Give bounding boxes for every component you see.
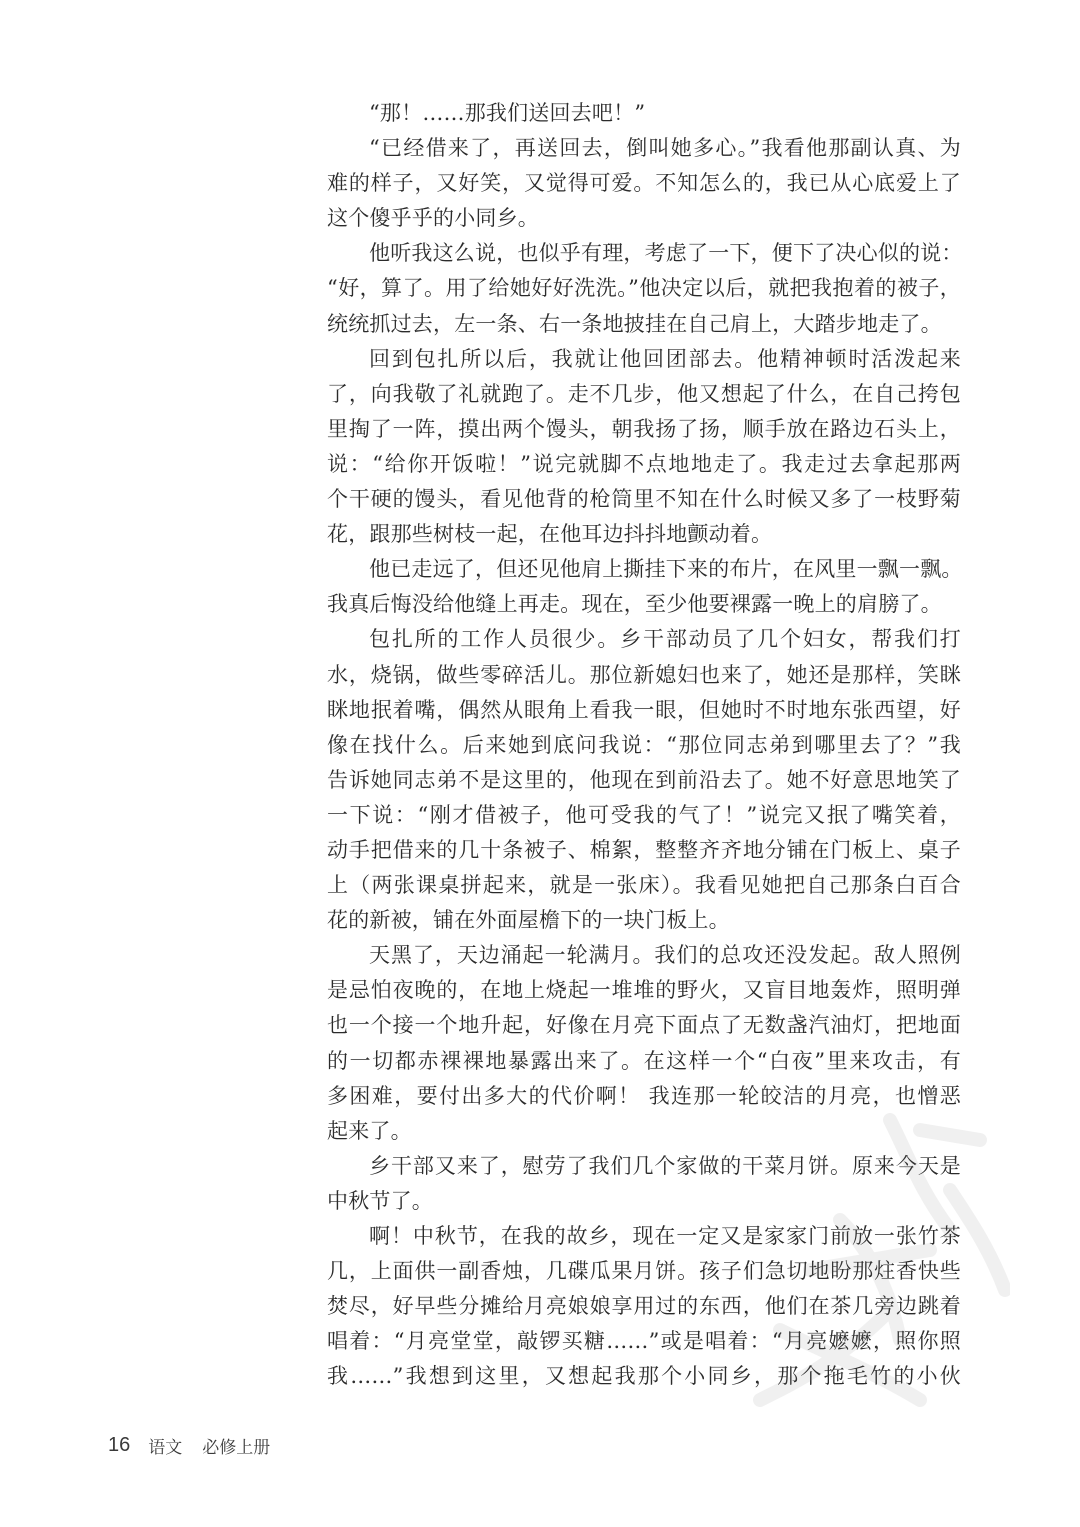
- text-line: 中秋节了。: [327, 1184, 961, 1219]
- text-line: 唱着：“月亮堂堂，敲锣买糖……”或是唱着：“月亮嬷嬷，照你照: [327, 1324, 961, 1359]
- text-line: 动手把借来的几十条被子、棉絮，整整齐齐地分铺在门板上、桌子: [327, 833, 961, 868]
- paragraph: “已经借来了，再送回去，倒叫她多心。”我看他那副认真、为 难的样子，又好笑，又觉…: [327, 131, 961, 236]
- text-line: 我……”我想到这里，又想起我那个小同乡，那个拖毛竹的小伙: [327, 1359, 961, 1394]
- text-line: 水，烧锅，做些零碎活儿。那位新媳妇也来了，她还是那样，笑眯: [327, 658, 961, 693]
- text-line: 像在找什么。后来她到底问我说：“那位同志弟到哪里去了？”我: [327, 728, 961, 763]
- text-line: 回到包扎所以后，我就让他回团部去。他精神顿时活泼起来: [327, 342, 961, 377]
- text-line: “已经借来了，再送回去，倒叫她多心。”我看他那副认真、为: [327, 131, 961, 166]
- paragraph: 乡干部又来了，慰劳了我们几个家做的干菜月饼。原来今天是 中秋节了。: [327, 1149, 961, 1219]
- text-line: 多困难，要付出多大的代价啊！ 我连那一轮皎洁的月亮，也憎恶: [327, 1079, 961, 1114]
- text-line: 是忌怕夜晚的，在地上烧起一堆堆的野火，又盲目地轰炸，照明弹: [327, 973, 961, 1008]
- paragraph: 啊！中秋节，在我的故乡，现在一定又是家家门前放一张竹茶 几，上面供一副香烛，几碟…: [327, 1219, 961, 1394]
- text-line: 天黑了，天边涌起一轮满月。我们的总攻还没发起。敌人照例: [327, 938, 961, 973]
- text-line: 我真后悔没给他缝上再走。现在，至少他要裸露一晚上的肩膀了。: [327, 587, 961, 622]
- text-line: 的一切都赤裸裸地暴露出来了。在这样一个“白夜”里来攻击，有: [327, 1044, 961, 1079]
- text-line: 焚尽，好早些分摊给月亮娘娘享用过的东西，他们在茶几旁边跳着: [327, 1289, 961, 1324]
- text-line: “好，算了。用了给她好好洗洗。”他决定以后，就把我抱着的被子，: [327, 271, 961, 306]
- text-line: 了，向我敬了礼就跑了。走不几步，他又想起了什么，在自己挎包: [327, 377, 961, 412]
- paragraph: “那！……那我们送回去吧！”: [327, 96, 961, 131]
- paragraph: 包扎所的工作人员很少。乡干部动员了几个妇女，帮我们打 水，烧锅，做些零碎活儿。那…: [327, 622, 961, 938]
- paragraph: 天黑了，天边涌起一轮满月。我们的总攻还没发起。敌人照例 是忌怕夜晚的，在地上烧起…: [327, 938, 961, 1149]
- text-line: 包扎所的工作人员很少。乡干部动员了几个妇女，帮我们打: [327, 622, 961, 657]
- text-line: 这个傻乎乎的小同乡。: [327, 201, 961, 236]
- text-line: “那！……那我们送回去吧！”: [327, 96, 961, 131]
- text-line: 眯地抿着嘴，偶然从眼角上看我一眼，但她时不时地东张西望，好: [327, 693, 961, 728]
- text-line: 统统抓过去，左一条、右一条地披挂在自己肩上，大踏步地走了。: [327, 307, 961, 342]
- book-volume: 必修上册: [202, 1433, 270, 1458]
- paragraph: 回到包扎所以后，我就让他回团部去。他精神顿时活泼起来 了，向我敬了礼就跑了。走不…: [327, 342, 961, 553]
- book-subject: 语文: [148, 1433, 182, 1458]
- text-line: 说：“给你开饭啦！”说完就脚不点地地走了。我走过去拿起那两: [327, 447, 961, 482]
- text-line: 他听我这么说，也似乎有理，考虑了一下，便下了决心似的说：: [327, 236, 961, 271]
- textbook-page: “那！……那我们送回去吧！” “已经借来了，再送回去，倒叫她多心。”我看他那副认…: [0, 0, 1080, 1527]
- page-footer: 16 语文 必修上册: [108, 1430, 270, 1460]
- text-line: 他已走远了，但还见他肩上撕挂下来的布片，在风里一飘一飘。: [327, 552, 961, 587]
- text-line: 一下说：“刚才借被子，他可受我的气了！”说完又抿了嘴笑着，: [327, 798, 961, 833]
- text-line: 也一个接一个地升起，好像在月亮下面点了无数盏汽油灯，把地面: [327, 1008, 961, 1043]
- body-text: “那！……那我们送回去吧！” “已经借来了，再送回去，倒叫她多心。”我看他那副认…: [327, 96, 961, 1394]
- text-line: 啊！中秋节，在我的故乡，现在一定又是家家门前放一张竹茶: [327, 1219, 961, 1254]
- text-line: 乡干部又来了，慰劳了我们几个家做的干菜月饼。原来今天是: [327, 1149, 961, 1184]
- text-line: 花，跟那些树枝一起，在他耳边抖抖地颤动着。: [327, 517, 961, 552]
- text-line: 里掏了一阵，摸出两个馒头，朝我扬了扬，顺手放在路边石头上，: [327, 412, 961, 447]
- text-line: 上（两张课桌拼起来，就是一张床）。我看见她把自己那条白百合: [327, 868, 961, 903]
- text-line: 几，上面供一副香烛，几碟瓜果月饼。孩子们急切地盼那炷香快些: [327, 1254, 961, 1289]
- text-line: 起来了。: [327, 1114, 961, 1149]
- text-line: 难的样子，又好笑，又觉得可爱。不知怎么的，我已从心底爱上了: [327, 166, 961, 201]
- text-line: 告诉她同志弟不是这里的，他现在到前沿去了。她不好意思地笑了: [327, 763, 961, 798]
- page-number: 16: [108, 1434, 130, 1457]
- text-line: 个干硬的馒头，看见他背的枪筒里不知在什么时候又多了一枝野菊: [327, 482, 961, 517]
- paragraph: 他已走远了，但还见他肩上撕挂下来的布片，在风里一飘一飘。 我真后悔没给他缝上再走…: [327, 552, 961, 622]
- text-line: 花的新被，铺在外面屋檐下的一块门板上。: [327, 903, 961, 938]
- paragraph: 他听我这么说，也似乎有理，考虑了一下，便下了决心似的说： “好，算了。用了给她好…: [327, 236, 961, 341]
